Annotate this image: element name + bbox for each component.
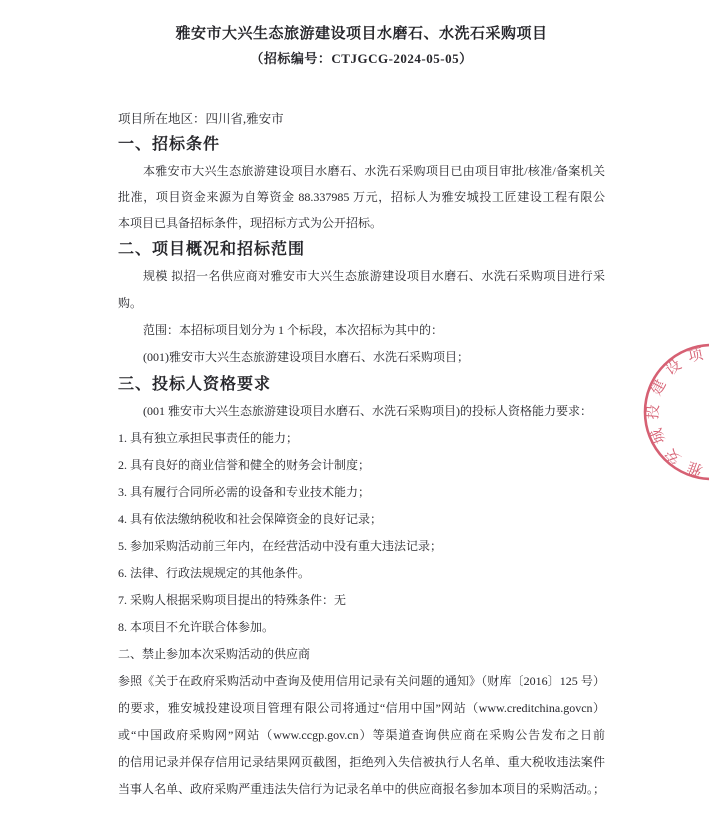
document-line: 二、禁止参加本次采购活动的供应商 (118, 641, 605, 668)
document-line: (001 雅安市大兴生态旅游建设项目水磨石、水洗石采购项目)的投标人资格能力要求… (118, 398, 605, 425)
document-line: 7. 采购人根据采购项目提出的特殊条件：无 (118, 587, 605, 614)
document-line: 范围：本招标项目划分为 1 个标段，本次招标为其中的： (118, 317, 605, 344)
document-line: 本项目已具备招标条件，现招标方式为公开招标。 (118, 210, 605, 236)
document-line: 3. 具有履行合同所必需的设备和专业技术能力； (118, 479, 605, 506)
section: 三、投标人资格要求(001 雅安市大兴生态旅游建设项目水磨石、水洗石采购项目)的… (118, 371, 605, 641)
section-heading: 三、投标人资格要求 (118, 371, 605, 398)
section: 一、招标条件本雅安市大兴生态旅游建设项目水磨石、水洗石采购项目已由项目审批/核准… (118, 132, 605, 236)
seal-text: 雅安城投建设项目管理有限公司 (643, 344, 709, 479)
document-line: 的要求，雅安城投建设项目管理有限公司将通过“信用中国”网站（www.credit… (118, 695, 605, 722)
official-seal: 雅安城投建设项目管理有限公司 (612, 312, 709, 512)
tender-number: （招标编号：CTJGCG-2024-05-05） (118, 46, 605, 72)
document-line: 1. 具有独立承担民事责任的能力； (118, 425, 605, 452)
document-line: 参照《关于在政府采购活动中查询及使用信用记录有关问题的通知》（财库〔2016〕1… (118, 668, 605, 695)
document-line: 5. 参加采购活动前三年内，在经营活动中没有重大违法记录； (118, 533, 605, 560)
document-line: 8. 本项目不允许联合体参加。 (118, 614, 605, 641)
document-line: 规模 拟招一名供应商对雅安市大兴生态旅游建设项目水磨石、水洗石采购项目进行采 (118, 263, 605, 290)
document-line: 6. 法律、行政法规规定的其他条件。 (118, 560, 605, 587)
document-line: 批准，项目资金来源为自筹资金 88.337985 万元，招标人为雅安城投工匠建设… (118, 184, 605, 210)
section-heading: 二、项目概况和招标范围 (118, 236, 605, 263)
document-line: 的信用记录并保存信用记录结果网页截图，拒绝列入失信被执行人名单、重大税收违法案件 (118, 749, 605, 776)
section-heading: 一、招标条件 (118, 132, 605, 158)
document-title: 雅安市大兴生态旅游建设项目水磨石、水洗石采购项目 (118, 22, 605, 46)
section: 二、项目概况和招标范围规模 拟招一名供应商对雅安市大兴生态旅游建设项目水磨石、水… (118, 236, 605, 371)
project-location-line: 项目所在地区：四川省,雅安市 (118, 106, 605, 132)
section: 二、禁止参加本次采购活动的供应商参照《关于在政府采购活动中查询及使用信用记录有关… (118, 641, 605, 803)
document-body: 雅安市大兴生态旅游建设项目水磨石、水洗石采购项目 （招标编号：CTJGCG-20… (118, 0, 605, 803)
document-line: 或“中国政府采购网”网站（www.ccgp.gov.cn）等渠道查询供应商在采购… (118, 722, 605, 749)
document-line: 购。 (118, 290, 605, 317)
document-line: 4. 具有依法缴纳税收和社会保障资金的良好记录； (118, 506, 605, 533)
document-line: 2. 具有良好的商业信誉和健全的财务会计制度； (118, 452, 605, 479)
document-line: (001)雅安市大兴生态旅游建设项目水磨石、水洗石采购项目； (118, 344, 605, 371)
document-line: 本雅安市大兴生态旅游建设项目水磨石、水洗石采购项目已由项目审批/核准/备案机关 (118, 158, 605, 184)
document-page: 雅安市大兴生态旅游建设项目水磨石、水洗石采购项目 （招标编号：CTJGCG-20… (0, 0, 709, 822)
document-line: 当事人名单、政府采购严重违法失信行为记录名单中的供应商报名参加本项目的采购活动。… (118, 776, 605, 803)
document-sections: 一、招标条件本雅安市大兴生态旅游建设项目水磨石、水洗石采购项目已由项目审批/核准… (118, 132, 605, 803)
